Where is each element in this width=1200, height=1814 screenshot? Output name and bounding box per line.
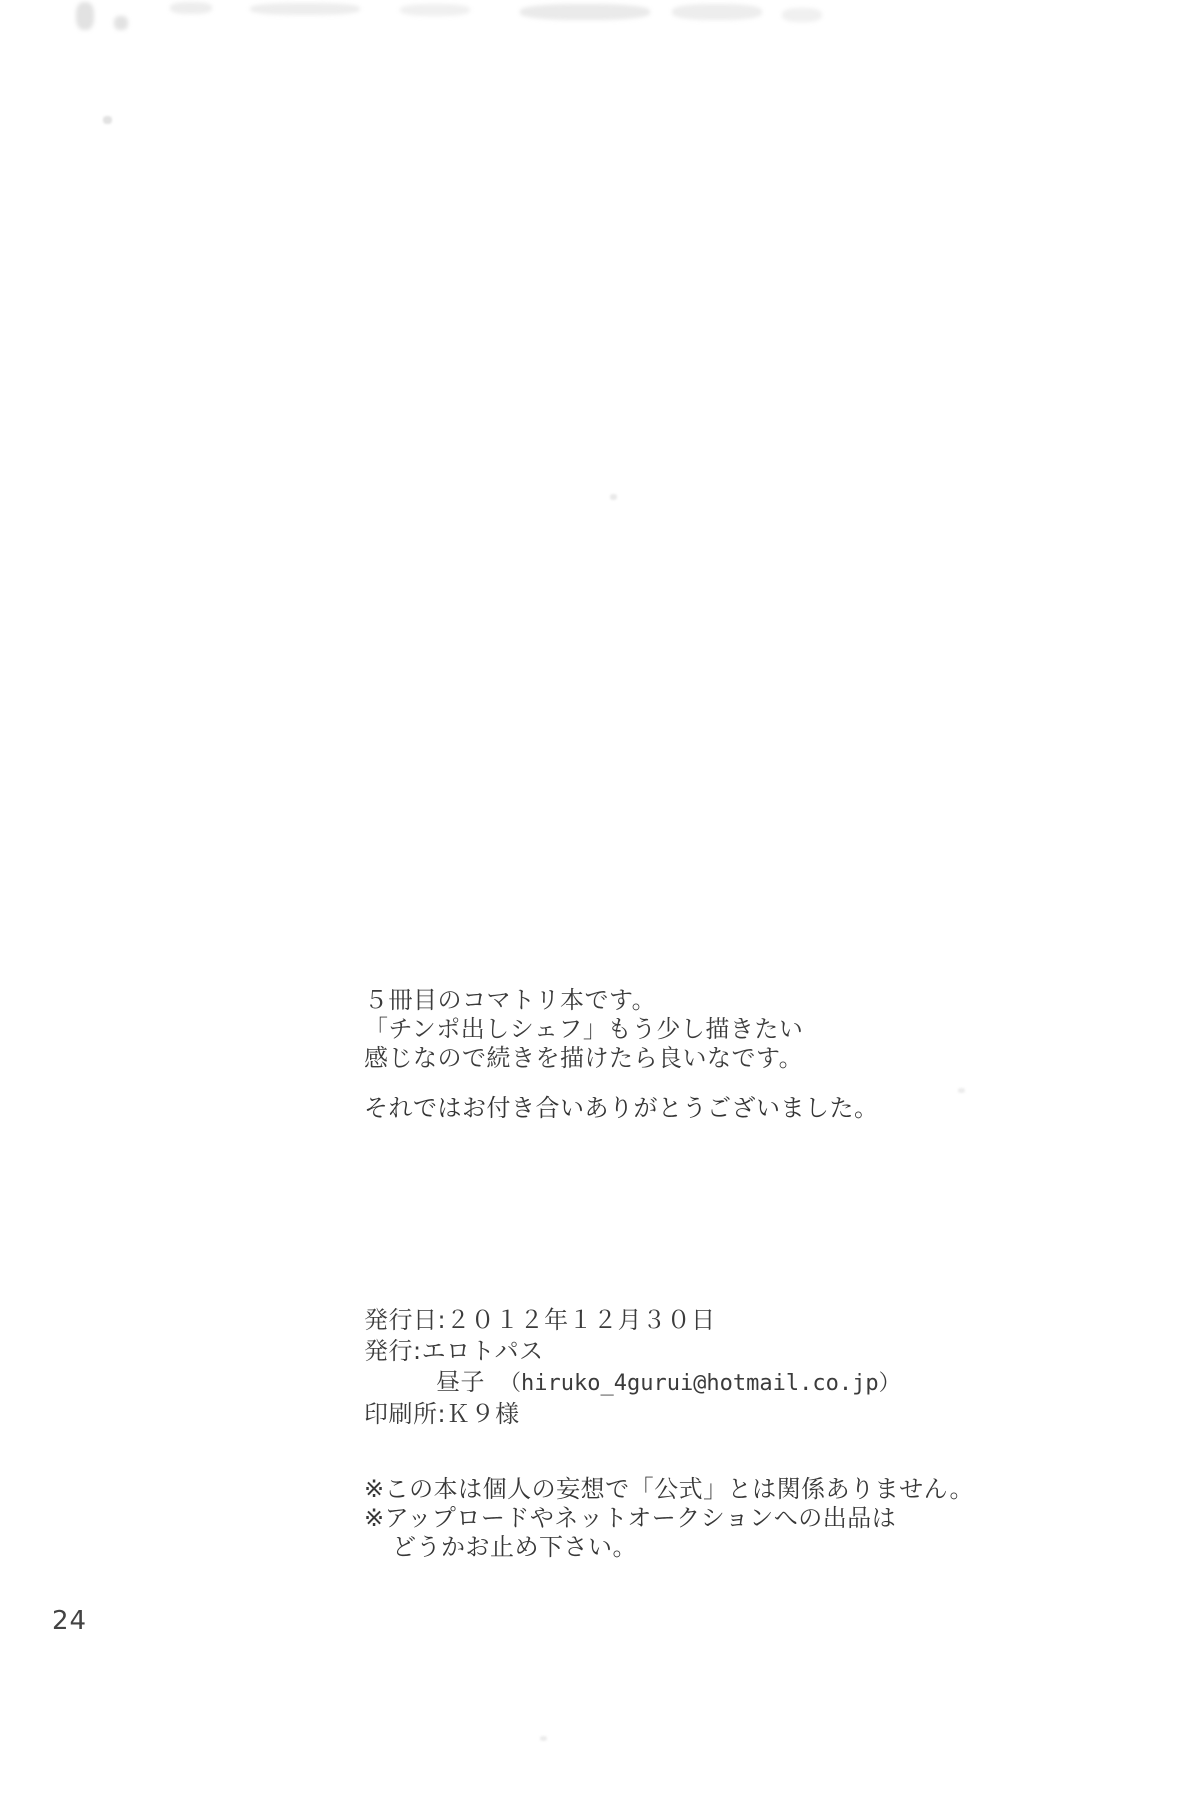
scan-artifact (672, 4, 762, 20)
scan-artifact (114, 16, 128, 30)
notice-line-1: ※この本は個人の妄想で「公式」とは関係ありません。 (364, 1475, 974, 1504)
author-email: （hiruko_4gurui@hotmail.co.jp） (499, 1371, 901, 1396)
afterword-line-2: 「チンポ出しシェフ」もう少し描きたい (364, 1015, 879, 1044)
afterword-closing: それではお付き合いありがとうございました。 (364, 1094, 879, 1123)
scan-speck (958, 1088, 965, 1093)
scan-artifact (76, 2, 94, 30)
notices-block: ※この本は個人の妄想で「公式」とは関係ありません。 ※アップロードやネットオーク… (364, 1475, 974, 1562)
colophon-date: 発行日:２０１２年１２月３０日 (364, 1305, 901, 1336)
notice-line-2: ※アップロードやネットオークションへの出品は (364, 1504, 974, 1533)
scan-speck (540, 1736, 547, 1741)
scan-speck (103, 116, 112, 124)
author-name: 昼子 (436, 1367, 485, 1398)
colophon-publisher: 発行:エロトパス (364, 1336, 901, 1367)
scan-artifact (250, 3, 360, 15)
afterword-block: ５冊目のコマトリ本です。 「チンポ出しシェフ」もう少し描きたい 感じなので続きを… (364, 986, 879, 1123)
scan-artifact (400, 4, 470, 16)
afterword-line-1: ５冊目のコマトリ本です。 (364, 986, 879, 1015)
colophon-block: 発行日:２０１２年１２月３０日 発行:エロトパス 昼子（hiruko_4guru… (364, 1305, 901, 1430)
afterword-line-3: 感じなので続きを描けたら良いなです。 (364, 1044, 879, 1073)
scan-artifact (170, 2, 212, 14)
page-number: 24 (52, 1606, 87, 1636)
scanned-page: ５冊目のコマトリ本です。 「チンポ出しシェフ」もう少し描きたい 感じなので続きを… (0, 0, 1200, 1814)
colophon-author-line: 昼子（hiruko_4gurui@hotmail.co.jp） (364, 1367, 901, 1399)
notice-line-3: どうかお止め下さい。 (364, 1533, 974, 1562)
scan-artifact (520, 4, 650, 20)
scan-artifact (782, 8, 822, 22)
scan-speck (610, 494, 617, 500)
colophon-printer: 印刷所:Ｋ９様 (364, 1399, 901, 1430)
